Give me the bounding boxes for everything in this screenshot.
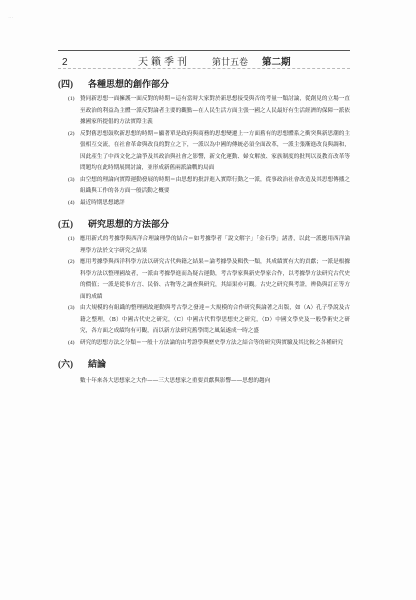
item-marker: (3) (68, 175, 80, 198)
journal-title: 天籟季刊 (138, 53, 190, 68)
header-underline (58, 68, 350, 69)
item-text: 應用考據學與西洋科學方法以研究古代典籍之結果＝論考據學及輯佚一類，其成績實有大的… (80, 257, 350, 303)
document-page: 2 天籟季刊 第廿五卷 第二期 (四) 各種思想的創作部分 (1) 贊同新思想一… (58, 50, 350, 387)
item-text: 應用新式的考據學與西洋合理論理學的結合＝如考據學者「說文解字」「金石學」諸書，以… (80, 234, 350, 257)
section-title: 研究思想的方法部分 (88, 217, 169, 230)
watermark: ... (8, 14, 13, 20)
list-item: (4) 最近時期思想總評 (68, 198, 350, 210)
section-number: (五) (58, 217, 88, 230)
item-text: 最近時期思想總評 (80, 198, 350, 210)
item-marker: (4) (68, 338, 80, 350)
section-title: 各種思想的創作部分 (88, 77, 169, 90)
list-item: (1) 應用新式的考據學與西洋合理論理學的結合＝如考據學者「說文解字」「金石學」… (68, 234, 350, 257)
list-item: (3) 由空想的理論向實際運動發展的時期＝由思想的批評進入實際行動之一派，從事政… (68, 175, 350, 198)
header-rule (58, 50, 350, 51)
section-title: 結論 (88, 357, 106, 370)
list-item: (2) 應用考據學與西洋科學方法以研究古代典籍之結果＝論考據學及輯佚一類，其成績… (68, 257, 350, 303)
list-item: (2) 反對舊思想鼓吹新思想的時期＝顯著單是政府與商務的思想變遷上一方面舊有的思… (68, 129, 350, 175)
list-item: (1) 贊同新思想一面擁護一面反對的時期＝這有當時大家對於新思想接受與否的考量一… (68, 94, 350, 129)
conclusion-text: 數十年來各大思想家之大作——三大思想家之重要貢獻與影響——思想的趨向 (80, 376, 350, 387)
list-item: (3) 由大規模的有組織的整理國故運動與考古學之發達＝大規模的合作研究與論著之出… (68, 303, 350, 338)
page-number: 2 (58, 57, 106, 68)
issue-label: 第二期 (262, 54, 291, 68)
item-text: 由空想的理論向實際運動發展的時期＝由思想的批評進入實際行動之一派，從事政治社會改… (80, 175, 350, 198)
section-heading: (六) 結論 (58, 357, 350, 370)
item-marker: (3) (68, 303, 80, 338)
item-marker: (1) (68, 234, 80, 257)
section-heading: (五) 研究思想的方法部分 (58, 217, 350, 230)
item-marker: (2) (68, 257, 80, 303)
list-item: (4) 研究的思想方法之分類＝一般十方法論的由考證學與歷史學方法之結合等的研究與… (68, 338, 350, 350)
item-text: 反對舊思想鼓吹新思想的時期＝顯著單是政府與商務的思想變遷上一方面舊有的思想體系之… (80, 129, 350, 175)
section-number: (六) (58, 357, 88, 370)
item-text: 研究的思想方法之分類＝一般十方法論的由考證學與歷史學方法之結合等的研究與實驗及其… (80, 338, 350, 350)
item-marker: (4) (68, 198, 80, 210)
section-heading: (四) 各種思想的創作部分 (58, 77, 350, 90)
item-marker: (2) (68, 129, 80, 175)
item-text: 由大規模的有組織的整理國故運動與考古學之發達＝大規模的合作研究與論著之出版，如（… (80, 303, 350, 338)
volume-label: 第廿五卷 (212, 55, 248, 68)
running-header: 2 天籟季刊 第廿五卷 第二期 (58, 53, 350, 67)
item-text: 贊同新思想一面擁護一面反對的時期＝這有當時大家對於新思想接受與否的考量一類討論，… (80, 94, 350, 129)
item-marker: (1) (68, 94, 80, 129)
section-items: (1) 應用新式的考據學與西洋合理論理學的結合＝如考據學者「說文解字」「金石學」… (58, 234, 350, 349)
section-number: (四) (58, 77, 88, 90)
section-items: (1) 贊同新思想一面擁護一面反對的時期＝這有當時大家對於新思想接受與否的考量一… (58, 94, 350, 209)
